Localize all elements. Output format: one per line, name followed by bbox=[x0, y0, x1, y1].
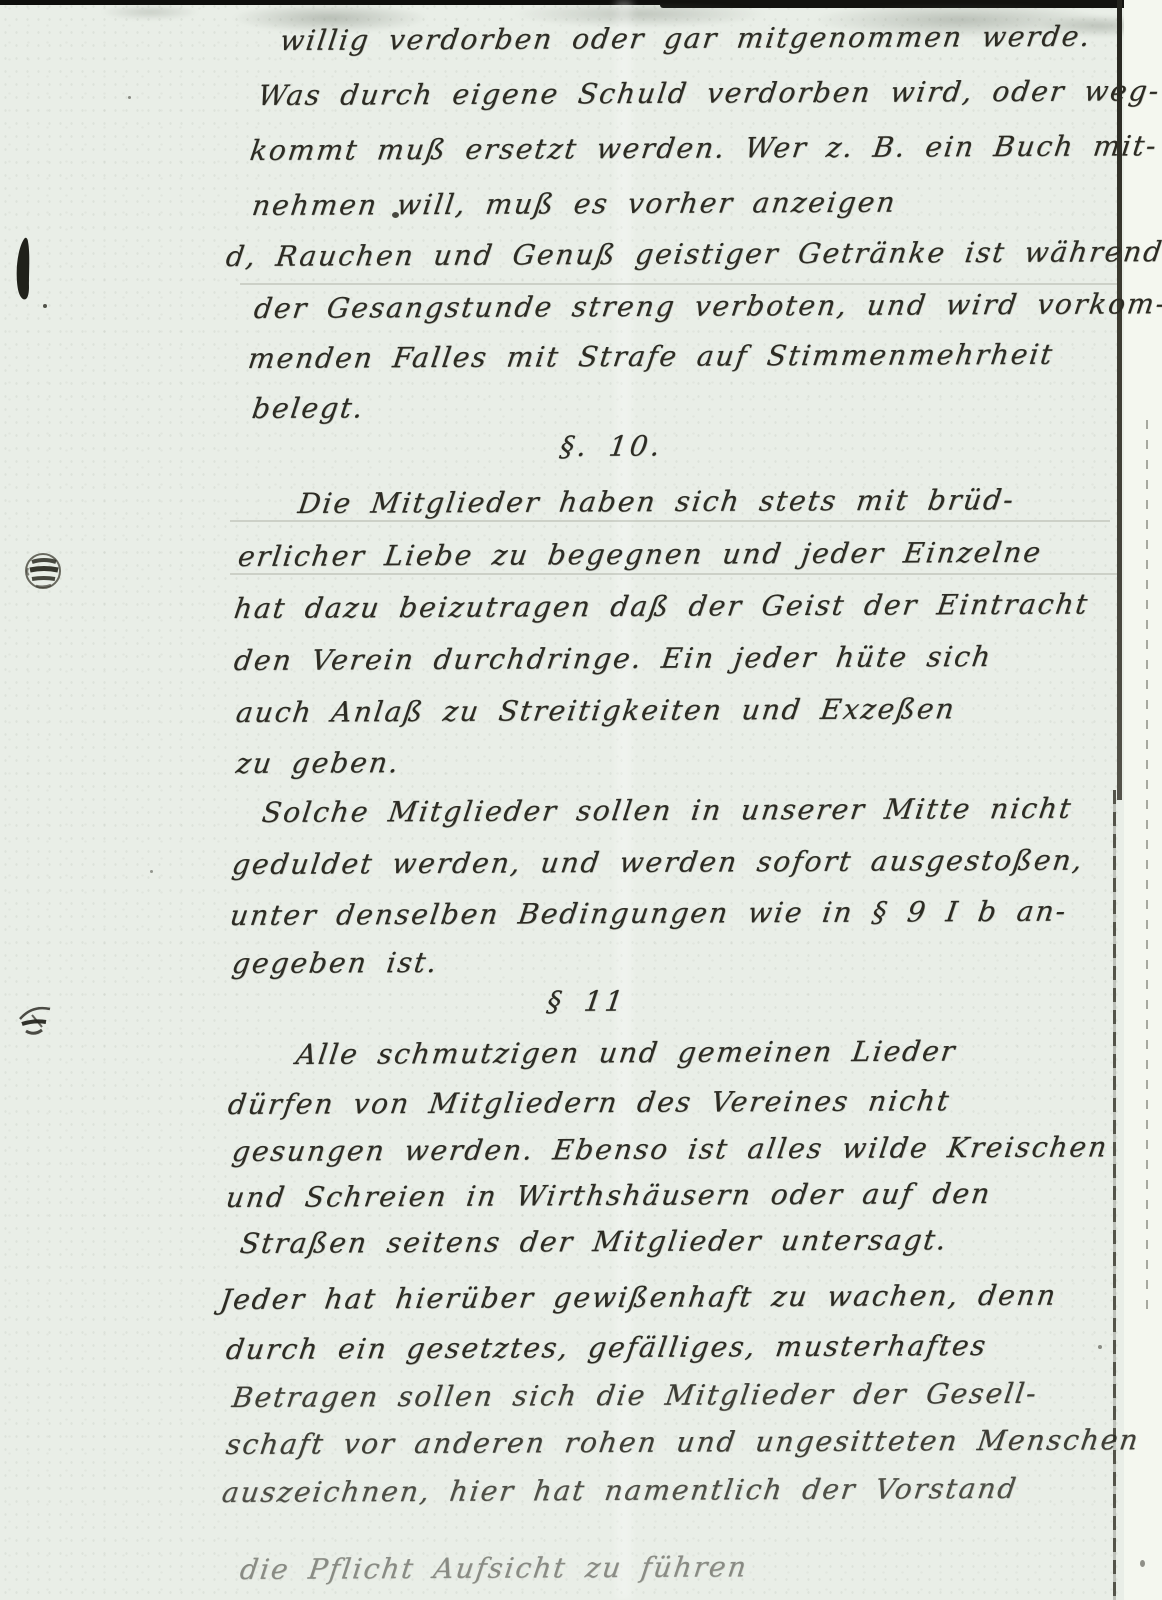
paper-speck bbox=[1140, 1560, 1145, 1567]
handwriting-line: Jeder hat hierüber gewißenhaft zu wachen… bbox=[218, 1279, 1059, 1316]
scan-streak bbox=[230, 520, 1110, 522]
handwriting-line: Die Mitglieder haben sich stets mit brüd… bbox=[296, 483, 1017, 520]
handwriting-line: den Verein durchdringe. Ein jeder hüte s… bbox=[232, 640, 994, 677]
handwriting-line: Alle schmutzigen und gemeinen Lieder bbox=[294, 1035, 959, 1071]
handwriting-line: erlicher Liebe zu begegnen und jeder Ein… bbox=[236, 536, 1044, 573]
handwriting-line: Solche Mitglieder sollen in unserer Mitt… bbox=[260, 792, 1075, 829]
page-fold-line bbox=[1113, 790, 1116, 1600]
handwriting-line: Straßen seitens der Mitglieder untersagt… bbox=[238, 1223, 950, 1260]
handwriting-line: und Schreien in Wirthshäusern oder auf d… bbox=[224, 1177, 994, 1214]
handwriting-line: willig verdorben oder gar mitgenommen we… bbox=[278, 20, 1094, 57]
handwriting-line: gegeben ist. bbox=[230, 946, 441, 980]
handwriting-line: hat dazu beizutragen daß der Geist der E… bbox=[232, 588, 1091, 625]
paper-speck bbox=[128, 96, 131, 99]
handwriting-line: menden Falles mit Strafe auf Stimmenmehr… bbox=[246, 338, 1056, 375]
handwriting-line: der Gesangstunde streng verboten, und wi… bbox=[252, 287, 1162, 325]
handwriting-line: geduldet werden, und werden sofort ausge… bbox=[230, 844, 1086, 881]
paper-speck bbox=[1098, 1345, 1102, 1349]
paper-speck bbox=[150, 870, 153, 873]
handwriting-line: auszeichnen, hier hat namentlich der Vor… bbox=[220, 1472, 1020, 1509]
handwriting-line: unter denselben Bedingungen wie in § 9 I… bbox=[228, 895, 1069, 932]
page-fold-line bbox=[1146, 420, 1148, 1320]
handwriting-line: durch ein gesetztes, gefälliges, musterh… bbox=[224, 1329, 989, 1366]
handwriting-line: Was durch eigene Schuld verdorben wird, … bbox=[256, 74, 1162, 112]
handwriting-line: belegt. bbox=[250, 391, 367, 425]
scribble-mark bbox=[12, 993, 64, 1047]
scan-streak bbox=[230, 573, 1120, 575]
handwriting-line: kommt muß ersetzt werden. Wer z. B. ein … bbox=[248, 129, 1160, 167]
section-heading: §. 10. bbox=[558, 429, 665, 463]
seal-mark bbox=[20, 548, 68, 598]
handwriting-line: d, Rauchen und Genuß geistiger Getränke … bbox=[224, 235, 1162, 273]
handwriting-line: schaft vor anderen rohen und ungesittete… bbox=[224, 1423, 1142, 1461]
handwriting-line: die Pflicht Aufsicht zu führen bbox=[238, 1550, 750, 1586]
handwriting-line: zu geben. bbox=[234, 746, 402, 780]
handwriting-line: gesungen werden. Ebenso ist alles wilde … bbox=[230, 1130, 1111, 1168]
scanned-manuscript-page: willig verdorben oder gar mitgenommen we… bbox=[0, 0, 1162, 1600]
page-fold-line bbox=[1117, 0, 1122, 800]
handwriting-line: auch Anlaß zu Streitigkeiten und Exzeßen bbox=[234, 692, 958, 729]
section-heading: § 11 bbox=[545, 985, 628, 1018]
handwriting-line: Betragen sollen sich die Mitglieder der … bbox=[230, 1377, 1040, 1414]
ink-blot bbox=[8, 236, 44, 312]
scan-streak bbox=[240, 283, 1120, 285]
handwriting-line: dürfen von Mitgliedern des Vereines nich… bbox=[226, 1084, 953, 1121]
handwriting-line: nehmen will, muß es vorher anzeigen bbox=[250, 186, 899, 222]
paper-speck bbox=[43, 304, 47, 308]
